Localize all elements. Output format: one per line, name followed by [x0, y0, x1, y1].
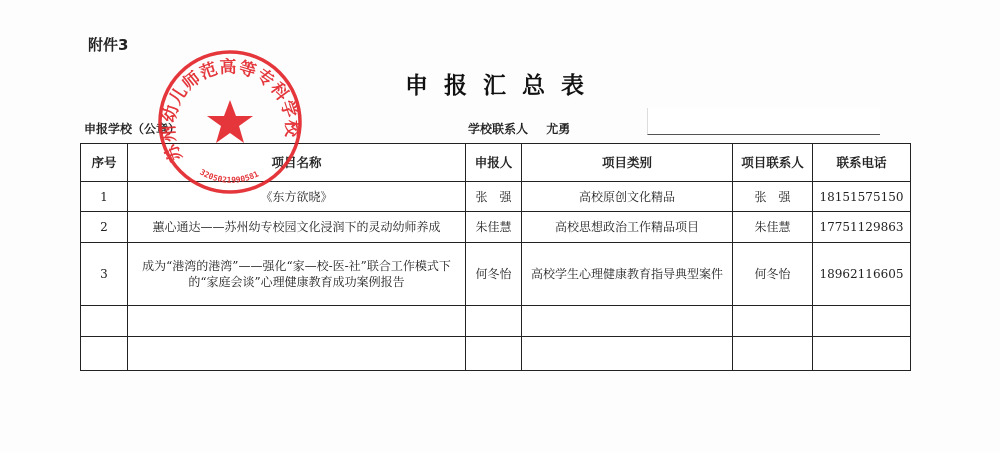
cell-project-contact: 何冬怡	[733, 243, 813, 306]
page-title: 申报汇总表	[405, 67, 600, 100]
table-row-empty	[81, 337, 911, 371]
cell-category	[522, 306, 733, 337]
header-phone: 联系电话	[813, 144, 911, 182]
summary-table: 序号 项目名称 申报人 项目类别 项目联系人 联系电话 1 《东方欲晓》 张 强…	[80, 143, 911, 371]
cell-category: 高校学生心理健康教育指导典型案件	[522, 243, 733, 306]
star-icon	[207, 100, 253, 143]
header-project-name: 项目名称	[128, 144, 466, 182]
cell-project-name	[128, 306, 466, 337]
cell-phone	[813, 306, 911, 337]
cell-index	[81, 306, 128, 337]
cell-project-name	[128, 337, 466, 371]
cell-phone: 18151575150	[813, 182, 911, 212]
cell-index	[81, 337, 128, 371]
table-row-empty	[81, 306, 911, 337]
redacted-area	[647, 108, 880, 135]
cell-phone: 18962116605	[813, 243, 911, 306]
cell-phone: 17751129863	[813, 212, 911, 243]
cell-applicant: 张 强	[466, 182, 522, 212]
cell-applicant: 朱佳慧	[466, 212, 522, 243]
header-project-contact: 项目联系人	[733, 144, 813, 182]
cell-applicant: 何冬怡	[466, 243, 522, 306]
school-contact: 学校联系人 尤勇	[468, 120, 570, 137]
cell-index: 3	[81, 243, 128, 306]
cell-category: 高校原创文化精品	[522, 182, 733, 212]
table-row: 3 成为“港湾的港湾”——强化“家—校-医-社”联合工作模式下的“家庭会谈”心理…	[81, 243, 911, 306]
cell-index: 1	[81, 182, 128, 212]
school-contact-name: 尤勇	[546, 122, 570, 136]
cell-project-contact	[733, 306, 813, 337]
header-category: 项目类别	[522, 144, 733, 182]
attachment-label: 附件3	[88, 34, 128, 55]
cell-project-contact	[733, 337, 813, 371]
cell-index: 2	[81, 212, 128, 243]
table-row: 1 《东方欲晓》 张 强 高校原创文化精品 张 强 18151575150	[81, 182, 911, 212]
cell-phone	[813, 337, 911, 371]
cell-project-contact: 朱佳慧	[733, 212, 813, 243]
cell-project-name: 蕙心通达——苏州幼专校园文化浸润下的灵动幼师养成	[128, 212, 466, 243]
cell-category	[522, 337, 733, 371]
table-row: 2 蕙心通达——苏州幼专校园文化浸润下的灵动幼师养成 朱佳慧 高校思想政治工作精…	[81, 212, 911, 243]
applying-school-label: 申报学校（公章）	[84, 120, 180, 137]
cell-project-contact: 张 强	[733, 182, 813, 212]
table-header-row: 序号 项目名称 申报人 项目类别 项目联系人 联系电话	[81, 144, 911, 182]
cell-project-name: 成为“港湾的港湾”——强化“家—校-医-社”联合工作模式下的“家庭会谈”心理健康…	[128, 243, 466, 306]
cell-category: 高校思想政治工作精品项目	[522, 212, 733, 243]
header-index: 序号	[81, 144, 128, 182]
cell-applicant	[466, 337, 522, 371]
cell-applicant	[466, 306, 522, 337]
school-contact-label: 学校联系人	[468, 122, 528, 136]
header-applicant: 申报人	[466, 144, 522, 182]
cell-project-name: 《东方欲晓》	[128, 182, 466, 212]
